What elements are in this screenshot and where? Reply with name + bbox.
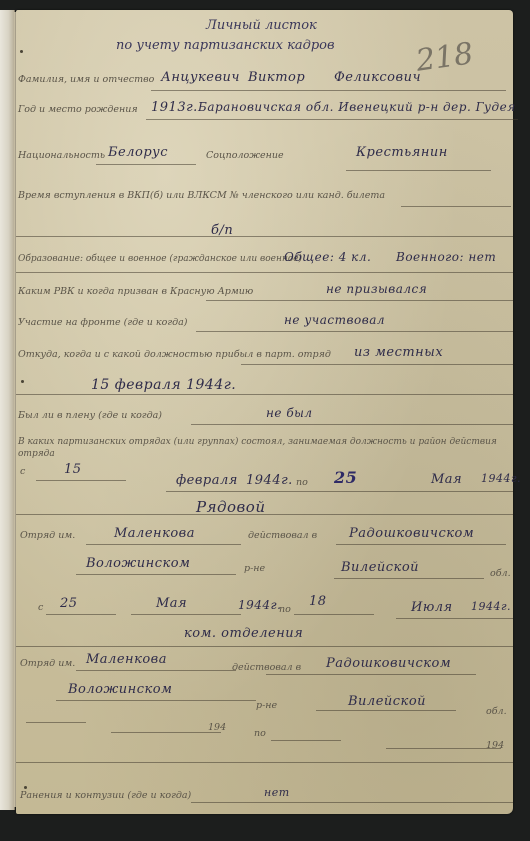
service1-to-label: по [296,477,308,488]
service2-to-day: 18 [309,594,327,609]
rule [111,732,221,733]
service2-position: ком. отделения [184,626,303,641]
rule [386,748,501,749]
service2-from-year: 1944г. [238,598,281,612]
service1-unit: Маленкова [114,526,195,541]
margin-mark [20,50,23,53]
rule [316,710,456,711]
rule [16,394,513,395]
rule [76,670,236,671]
social-label: Соцположение [206,150,284,161]
patronymic: Феликсович [334,70,421,85]
service-from-prefix: с [20,466,25,477]
captivity-label: Был ли в плену (где и когда) [18,410,162,421]
service1-from-day: 15 [64,462,82,477]
rule [86,544,241,545]
rule [96,164,196,165]
surname: Анцукевич [161,70,240,85]
rule [191,424,513,425]
service1-from-month: февраля [176,473,238,488]
service1-district-label: р-не [244,563,265,574]
service1-operated-label: действовал в [248,530,317,541]
rule [191,802,513,803]
wounds-label: Ранения и контузии (где и когда) [20,790,191,801]
rule [346,170,491,171]
rule [16,272,513,273]
wounds: нет [264,786,290,799]
rule [151,90,506,91]
service2-region-label: обл. [486,706,507,717]
blank-year2: 194 [486,740,504,751]
service1-district1: Радошковичском [349,526,474,541]
service1-region-label: обл. [490,568,511,579]
blank-year: 194 [208,722,226,733]
rule [16,514,513,515]
rvk-label: Каким РВК и когда призван в Красную Арми… [18,286,253,297]
service1-district2: Воложинском [86,556,190,571]
rule [36,480,126,481]
joined-label: Откуда, когда и с какой должностью прибы… [18,349,331,360]
service1-to-day: 25 [334,468,357,487]
birth-label: Год и место рождения [18,104,138,115]
joined-date: 15 февраля 1944г. [91,377,236,393]
rule [271,740,341,741]
service1-to-year: 1944г. [481,472,521,485]
nationality: Белорус [108,145,168,160]
rule [196,331,513,332]
rvk: не призывался [326,282,427,296]
education-military: Военного: нет [396,250,496,264]
rule [206,300,513,301]
rule [76,574,236,575]
rule [336,544,506,545]
rule [146,119,518,120]
service1-from-year: 1944г. [246,473,293,488]
rule [334,578,484,579]
service2-to-label: по [279,604,291,615]
birth-place: Барановичская обл. Ивенецкий р-н дер. Гу… [198,100,516,114]
blank-to: по [254,728,266,739]
rule [16,236,513,237]
party-label: Время вступления в ВКП(б) или ВЛКСМ № чл… [18,190,385,201]
front-label: Участие на фронте (где и когда) [18,317,188,328]
education-label: Образование: общее и военное (гражданско… [18,254,302,264]
rule [396,618,513,619]
service2-unit: Маленкова [86,652,167,667]
document-title: Личный листок [206,18,317,33]
front: не участвовал [284,313,385,327]
service2-from-prefix: с [38,602,43,613]
binder-spine [0,10,15,810]
service1-region: Вилейской [341,560,419,575]
rule [16,762,513,763]
margin-mark [24,786,27,789]
service2-to-month: Июля [411,600,453,615]
rule [26,722,86,723]
service2-district1: Радошковичском [326,656,451,671]
joined-from: из местных [354,345,443,360]
rule [16,646,513,647]
document-sheet: Личный листок по учету партизанских кадр… [16,10,513,814]
service2-from-day: 25 [60,596,78,611]
service1-to-month: Мая [431,472,462,487]
service2-region: Вилейской [348,694,426,709]
rule [266,674,476,675]
nationality-label: Национальность [18,150,105,161]
rule [294,614,374,615]
social: Крестьянин [356,145,448,160]
rule [56,700,256,701]
service2-district-label: р-не [256,700,277,711]
service2-unit-prefix: Отряд им. [20,658,75,669]
surname-label: Фамилия, имя и отчество [18,74,154,85]
first-name: Виктор [248,70,305,85]
rule [131,614,241,615]
rule [166,491,513,492]
rule [241,364,513,365]
service2-from-month: Мая [156,596,187,611]
rule [46,614,116,615]
birth-year: 1913г. [151,100,198,115]
sheet-number: 218 [414,36,476,79]
service2-operated-label: действовал в [232,662,301,673]
captivity: не был [266,406,313,420]
rule [401,206,511,207]
document-subtitle: по учету партизанских кадров [116,38,335,53]
margin-mark [21,380,24,383]
education-general: Общее: 4 кл. [284,250,371,264]
service1-unit-prefix: Отряд им. [20,530,75,541]
units-label: В каких партизанских отрядах (или группа… [18,436,508,460]
service2-district2: Воложинском [68,682,172,697]
service2-to-year: 1944г. [471,600,511,613]
